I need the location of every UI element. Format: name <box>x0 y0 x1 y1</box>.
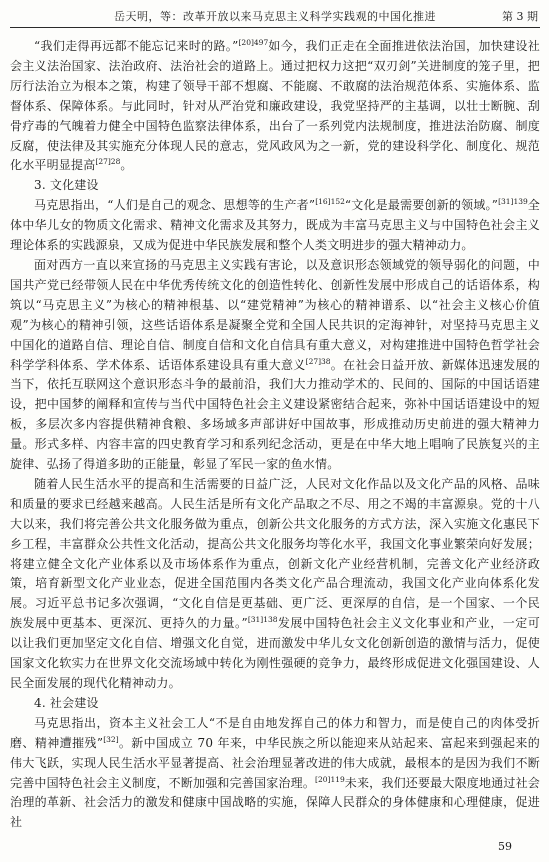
citation-ref: [32] <box>103 735 118 744</box>
page-number: 59 <box>498 840 512 853</box>
citation-ref: [16]152 <box>315 197 345 206</box>
text-run: 面对西方一直以来宣扬的马克思主义实践有害论，以及意识形态领域党的领导弱化的问题，… <box>10 258 540 372</box>
text-run: “我们走得再远都不能忘记来时的路。” <box>34 39 239 53</box>
text-run: 随着人民生活水平的提高和生活需要的日益广泛，人民对文化作品以及文化产品的风格、品… <box>10 477 540 630</box>
citation-ref: [31]138 <box>248 615 278 624</box>
text-run: 。 <box>120 158 132 172</box>
running-header: 岳天明，等：改革开放以来马克思主义科学实践观的中国化推进 第 3 期 <box>10 5 540 28</box>
citation-ref: [27]38 <box>306 357 331 366</box>
text-run: 如今，我们正走在全面推进依法治国，加快建设社会主义法治国家、法治政府、法治社会的… <box>10 39 540 172</box>
issue-label: 第 3 期 <box>494 8 538 24</box>
paragraph: 随着人民生活水平的提高和生活需要的日益广泛，人民对文化作品以及文化产品的风格、品… <box>10 475 540 694</box>
paragraph: 马克思指出，“人们是自己的观念、思想等的生产者”[16]152“文化是最需要创新… <box>10 196 540 256</box>
running-title: 岳天明，等：改革开放以来马克思主义科学实践观的中国化推进 <box>10 8 540 24</box>
text-run: 。在社会日益开放、新媒体迅速发展的当下，依托互联网这个意识形态斗争的最前沿，我们… <box>10 358 540 472</box>
text-run: “文化是最需要创新的领域。” <box>345 198 498 212</box>
article-body: “我们走得再远都不能忘记来时的路。”[20]497如今，我们正走在全面推进依法治… <box>10 37 540 833</box>
citation-ref: [31]139 <box>498 197 528 206</box>
section-heading: 4. 社会建设 <box>10 694 540 714</box>
paragraph: 马克思指出，资本主义社会工人“不是自由地发挥自己的体力和智力，而是使自己的肉体受… <box>10 714 540 833</box>
paragraph: “我们走得再远都不能忘记来时的路。”[20]497如今，我们正走在全面推进依法治… <box>10 37 540 176</box>
citation-ref: [20]119 <box>315 775 345 784</box>
paragraph: 面对西方一直以来宣扬的马克思主义实践有害论，以及意识形态领域党的领导弱化的问题，… <box>10 256 540 475</box>
text-run: 马克思指出，“人们是自己的观念、思想等的生产者” <box>34 198 315 212</box>
journal-page: 岳天明，等：改革开放以来马克思主义科学实践观的中国化推进 第 3 期 “我们走得… <box>0 0 549 862</box>
citation-ref: [27]28 <box>95 157 120 166</box>
citation-ref: [20]497 <box>239 38 269 47</box>
section-heading: 3. 文化建设 <box>10 176 540 196</box>
